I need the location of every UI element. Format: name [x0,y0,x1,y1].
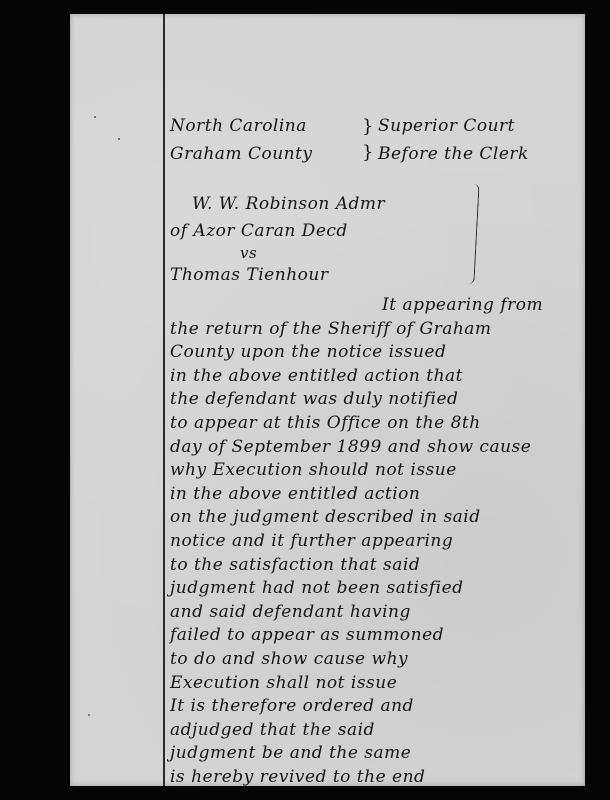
caption-county: Graham County [170,146,313,163]
caption-court: Superior Court [378,118,515,135]
body-line: judgment had not been satisfied [170,580,464,597]
body-line: the defendant was duly notified [170,391,458,408]
body-line: and said defendant having [170,604,411,621]
caption-clerk: Before the Clerk [378,146,529,163]
body-line: It is therefore ordered and [170,698,414,715]
left-margin [70,14,163,786]
scan-frame: North Carolina Graham County } } Superio… [0,0,610,800]
body-line: to appear at this Office on the 8th [170,415,481,432]
body-line: the return of the Sheriff of Graham [170,321,492,338]
body-line: is hereby revived to the end [170,769,425,786]
body-line: judgment be and the same [170,745,411,762]
body-line: to the satisfaction that said [170,557,420,574]
caption-brace: } [362,118,373,136]
body-line: to do and show cause why [170,651,408,668]
caption-brace: } [362,144,373,162]
body-line: failed to appear as summoned [170,627,444,644]
paper-speck [88,714,90,716]
parties-brace [463,184,479,284]
plaintiff-name: W. W. Robinson Admr [192,196,385,213]
body-line: in the above entitled action [170,486,420,503]
body-line: why Execution should not issue [170,462,457,479]
body-line: day of September 1899 and show cause [170,439,531,456]
body-line: adjudged that the said [170,722,375,739]
paper-speck [118,138,120,140]
caption-state: North Carolina [170,118,307,135]
paper-speck [94,116,96,118]
body-line: in the above entitled action that [170,368,463,385]
body-line: County upon the notice issued [170,344,446,361]
body-line: on the judgment described in said [170,509,481,526]
handwritten-text: North Carolina Graham County } } Superio… [170,14,580,786]
versus-label: vs [240,246,257,261]
body-line: Execution shall not issue [170,675,397,692]
document-page: North Carolina Graham County } } Superio… [70,14,585,786]
margin-rule [163,14,165,786]
body-line: It appearing from [382,297,543,314]
plaintiff-estate: of Azor Caran Decd [170,223,348,240]
defendant-name: Thomas Tienhour [170,267,328,284]
body-line: notice and it further appearing [170,533,453,550]
